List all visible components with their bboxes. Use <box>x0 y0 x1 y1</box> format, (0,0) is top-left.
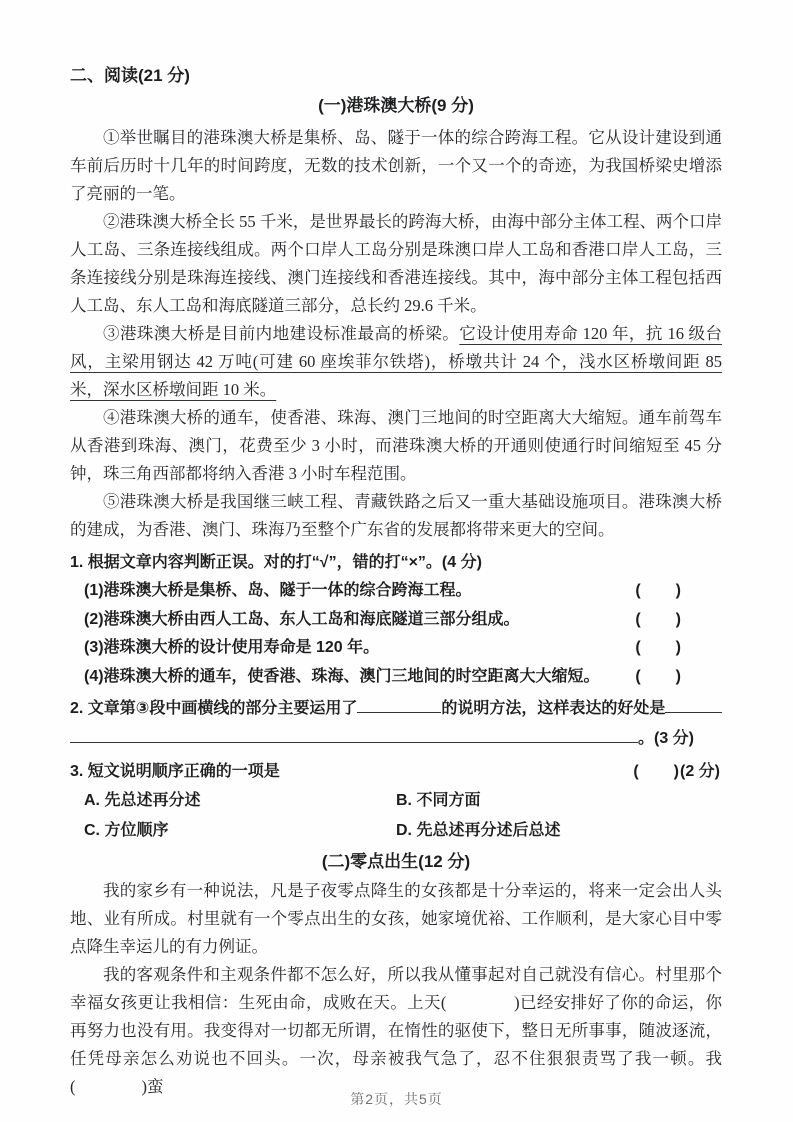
answer-bracket: ( ) <box>635 606 682 635</box>
question-3-options: A. 先总述再分述 B. 不同方面 C. 方位顺序 D. 先总述再分述后总述 <box>70 786 722 845</box>
question-2-line1: 2. 文章第③段中画横线的部分主要运用了 的说明方法，这样表达的好处是 <box>70 694 722 724</box>
answer-blank-line <box>357 694 441 713</box>
passage1-paragraph-4: ④港珠澳大桥的通车，使香港、珠海、澳门三地间的时空距离大大缩短。通车前驾车从香港… <box>70 404 722 488</box>
passage1-paragraph-1: ①举世瞩目的港珠澳大桥是集桥、岛、隧于一体的综合跨海工程。它从设计建设到通车前后… <box>70 124 722 208</box>
question-1-item-3-text: (3)港珠澳大桥的设计使用寿命是 120 年。 <box>84 634 379 663</box>
question-1-item-3: (3)港珠澳大桥的设计使用寿命是 120 年。 ( ) <box>70 634 722 663</box>
question-1-item-1-text: (1)港珠澳大桥是集桥、岛、隧于一体的综合跨海工程。 <box>84 577 472 606</box>
answer-blank-line <box>70 724 638 743</box>
passage1-heading: (一)港珠澳大桥(9 分) <box>70 94 722 118</box>
question-2-line2: 。(3 分) <box>70 724 722 754</box>
answer-bracket: ( ) <box>635 634 682 663</box>
passage2-paragraph-1: 我的家乡有一种说法，凡是子夜零点降生的女孩都是十分幸运的，将来一定会出人头地、业… <box>70 877 722 961</box>
question-3-stem: 3. 短文说明顺序正确的一项是 <box>70 757 280 786</box>
question-2-tail: 。(3 分) <box>638 724 694 754</box>
passage2-heading: (二)零点出生(12 分) <box>70 850 722 874</box>
section-title: 二、阅读(21 分) <box>70 64 722 88</box>
question-1-item-1: (1)港珠澳大桥是集桥、岛、隧于一体的综合跨海工程。 ( ) <box>70 577 722 606</box>
question-2-prefix: 2. 文章第③段中画横线的部分主要运用了 <box>70 694 357 724</box>
passage1-paragraph-5: ⑤港珠澳大桥是我国继三峡工程、青藏铁路之后又一重大基础设施项目。港珠澳大桥的建成… <box>70 488 722 544</box>
option-a: A. 先总述再分述 <box>84 786 396 816</box>
question-1-stem: 1. 根据文章内容判断正误。对的打“√”，错的打“×”。(4 分) <box>70 549 722 577</box>
option-c: C. 方位顺序 <box>84 816 396 846</box>
passage2-paragraph-2: 我的客观条件和主观条件都不怎么好，所以我从懂事起对自己就没有信心。村里那个幸福女… <box>70 961 722 1101</box>
question-3-stem-row: 3. 短文说明顺序正确的一项是 ( )(2 分) <box>70 757 722 786</box>
answer-bracket: ( ) <box>633 763 680 780</box>
passage1-paragraph-2: ②港珠澳大桥全长 55 千米，是世界最长的跨海大桥，由海中部分主体工程、两个口岸… <box>70 208 722 320</box>
question-2-mid: 的说明方法，这样表达的好处是 <box>441 694 665 724</box>
question-3-score: (2 分) <box>680 763 720 780</box>
answer-blank-line <box>665 694 722 713</box>
paragraph3-prefix: ③港珠澳大桥是目前内地建设标准最高的桥梁。 <box>103 324 459 343</box>
question-1-item-2: (2)港珠澳大桥由西人工岛、东人工岛和海底隧道三部分组成。 ( ) <box>70 606 722 635</box>
exam-page: 二、阅读(21 分) (一)港珠澳大桥(9 分) ①举世瞩目的港珠澳大桥是集桥、… <box>0 0 793 1122</box>
passage1-paragraph-3: ③港珠澳大桥是目前内地建设标准最高的桥梁。它设计使用寿命 120 年，抗 16 … <box>70 320 722 404</box>
option-b: B. 不同方面 <box>396 786 722 816</box>
question-1-item-2-text: (2)港珠澳大桥由西人工岛、东人工岛和海底隧道三部分组成。 <box>84 606 520 635</box>
question-1: 1. 根据文章内容判断正误。对的打“√”，错的打“×”。(4 分) (1)港珠澳… <box>70 549 722 691</box>
page-number-footer: 第2页，共5页 <box>0 1089 793 1109</box>
question-1-item-4: (4)港珠澳大桥的通车，使香港、珠海、澳门三地间的时空距离大大缩短。 ( ) <box>70 663 722 692</box>
question-3-bracket-score: ( )(2 分) <box>633 757 720 786</box>
question-1-item-4-text: (4)港珠澳大桥的通车，使香港、珠海、澳门三地间的时空距离大大缩短。 <box>84 663 600 692</box>
answer-bracket: ( ) <box>635 663 682 692</box>
question-2: 2. 文章第③段中画横线的部分主要运用了 的说明方法，这样表达的好处是 。(3 … <box>70 694 722 754</box>
answer-bracket: ( ) <box>635 577 682 606</box>
option-d: D. 先总述再分述后总述 <box>396 816 722 846</box>
question-3: 3. 短文说明顺序正确的一项是 ( )(2 分) A. 先总述再分述 B. 不同… <box>70 757 722 845</box>
